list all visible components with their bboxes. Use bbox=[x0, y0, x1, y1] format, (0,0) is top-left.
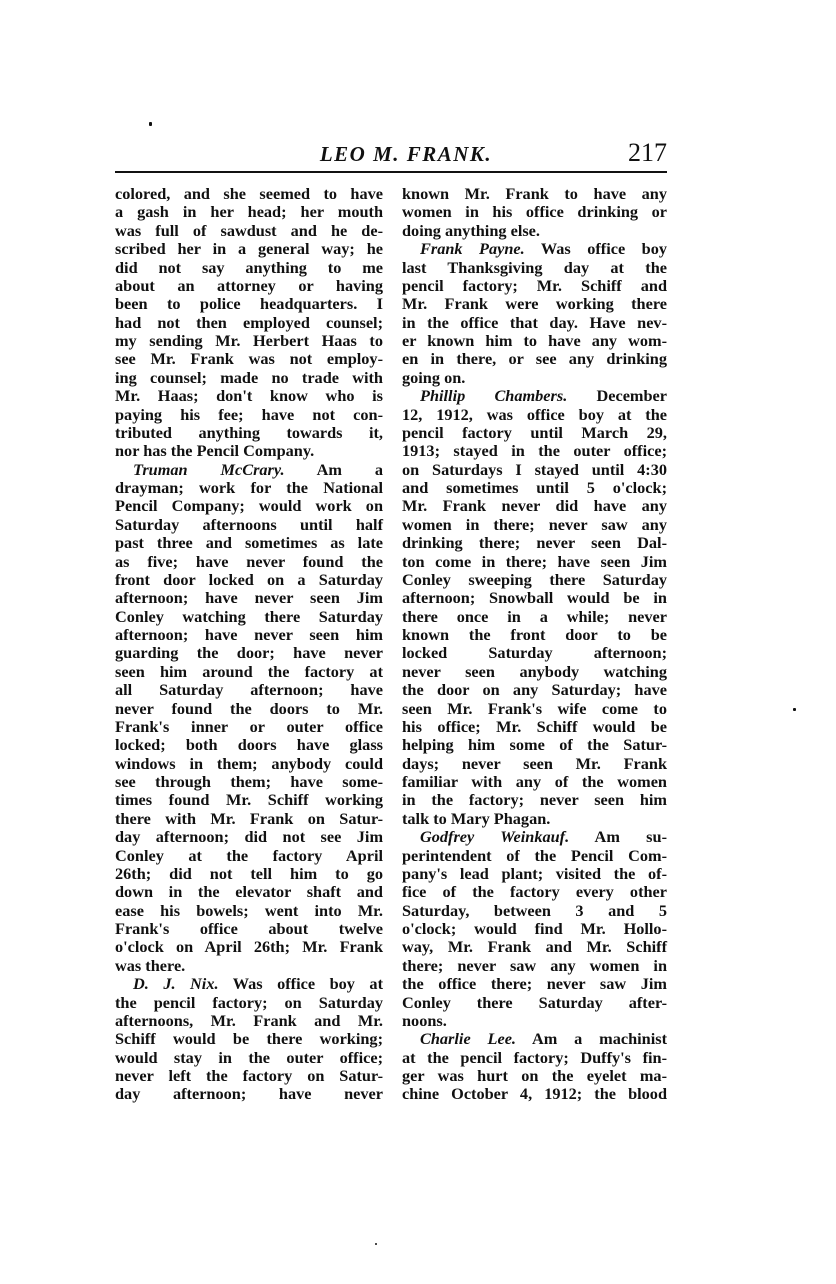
running-head: LEO M. FRANK. 217 bbox=[115, 138, 667, 170]
text-column-right: known Mr. Frank to have anywomen in his … bbox=[402, 185, 667, 1104]
line-text: paying his fee; have not con- bbox=[115, 405, 383, 424]
text-line: did not say anything to me bbox=[115, 259, 383, 277]
text-line: there with Mr. Frank on Satur- bbox=[115, 810, 383, 828]
text-line: women in there; never saw any bbox=[402, 516, 667, 534]
line-text: known Mr. Frank to have any bbox=[402, 184, 667, 203]
text-line: perintendent of the Pencil Com- bbox=[402, 847, 667, 865]
line-text: fice of the factory every other bbox=[402, 882, 667, 901]
text-line: locked; both doors have glass bbox=[115, 736, 383, 754]
text-line: day afternoon; have never bbox=[115, 1085, 383, 1103]
text-line: women in his office drinking or bbox=[402, 203, 667, 221]
text-line: day afternoon; did not see Jim bbox=[115, 828, 383, 846]
text-line: 1913; stayed in the outer office; bbox=[402, 442, 667, 460]
line-text: was full of sawdust and he de- bbox=[115, 221, 383, 240]
text-line: the pencil factory; on Saturday bbox=[115, 994, 383, 1012]
witness-name: Godfrey Weinkauf. bbox=[420, 827, 569, 846]
text-line: Saturday afternoons until half bbox=[115, 516, 383, 534]
line-text: pencil factory until March 29, bbox=[402, 423, 667, 442]
line-text: drinking there; never seen Dal- bbox=[402, 533, 667, 552]
text-line: Pencil Company; would work on bbox=[115, 497, 383, 515]
text-line: guarding the door; have never bbox=[115, 644, 383, 662]
line-text: afternoon; Snowball would be in bbox=[402, 588, 667, 607]
line-text: Schiff would be there working; bbox=[115, 1029, 383, 1048]
scan-speck bbox=[149, 122, 152, 126]
line-text: was there. bbox=[115, 956, 185, 975]
page-number: 217 bbox=[628, 138, 667, 168]
text-line: the office there; never saw Jim bbox=[402, 975, 667, 993]
line-text: pencil factory; Mr. Schiff and bbox=[402, 276, 667, 295]
text-line: never found the doors to Mr. bbox=[115, 700, 383, 718]
line-text: familiar with any of the women bbox=[402, 772, 667, 791]
line-text: a gash in her head; her mouth bbox=[115, 202, 383, 221]
line-text: the door on any Saturday; have bbox=[402, 680, 667, 699]
testimony-entry-start: Frank Payne. Was office boy bbox=[402, 240, 667, 258]
text-line: there once in a while; never bbox=[402, 608, 667, 626]
line-text: in the factory; never seen him bbox=[402, 790, 667, 809]
text-line: 12, 1912, was office boy at the bbox=[402, 406, 667, 424]
line-text: December bbox=[567, 386, 667, 405]
line-text: never left the factory on Satur- bbox=[115, 1066, 383, 1085]
line-text: pany's lead plant; visited the of- bbox=[402, 864, 667, 883]
text-line: was there. bbox=[115, 957, 383, 975]
line-text: known the front door to be bbox=[402, 625, 667, 644]
line-text: all Saturday afternoon; have bbox=[115, 680, 383, 699]
text-line: Mr. Haas; don't know who is bbox=[115, 387, 383, 405]
line-text: on Saturdays I stayed until 4:30 bbox=[402, 460, 667, 479]
witness-name: D. J. Nix. bbox=[133, 974, 219, 993]
line-text: see Mr. Frank was not employ- bbox=[115, 349, 383, 368]
text-line: days; never seen Mr. Frank bbox=[402, 755, 667, 773]
text-line: noons. bbox=[402, 1012, 667, 1030]
line-text: helping him some of the Satur- bbox=[402, 735, 667, 754]
line-text: o'clock on April 26th; Mr. Frank bbox=[115, 937, 383, 956]
line-text: Frank's inner or outer office bbox=[115, 717, 383, 736]
line-text: Conley sweeping there Saturday bbox=[402, 570, 667, 589]
line-text: nor has the Pencil Company. bbox=[115, 441, 314, 460]
line-text: had not then employed counsel; bbox=[115, 313, 383, 332]
line-text: 12, 1912, was office boy at the bbox=[402, 405, 667, 424]
line-text: afternoon; have never seen Jim bbox=[115, 588, 383, 607]
line-text: day afternoon; did not see Jim bbox=[115, 827, 383, 846]
line-text: locked; both doors have glass bbox=[115, 735, 383, 754]
text-line: ton come in there; have seen Jim bbox=[402, 553, 667, 571]
line-text: perintendent of the Pencil Com- bbox=[402, 846, 667, 865]
text-line: drayman; work for the National bbox=[115, 479, 383, 497]
line-text: Pencil Company; would work on bbox=[115, 496, 383, 515]
line-text: locked Saturday afternoon; bbox=[402, 643, 667, 662]
scan-speck bbox=[793, 708, 796, 711]
line-text: ing counsel; made no trade with bbox=[115, 368, 383, 387]
line-text: Was office boy bbox=[525, 239, 667, 258]
text-line: known the front door to be bbox=[402, 626, 667, 644]
text-line: Schiff would be there working; bbox=[115, 1030, 383, 1048]
line-text: guarding the door; have never bbox=[115, 643, 383, 662]
line-text: drayman; work for the National bbox=[115, 478, 383, 497]
text-line: was full of sawdust and he de- bbox=[115, 222, 383, 240]
text-line: Frank's inner or outer office bbox=[115, 718, 383, 736]
text-line: see Mr. Frank was not employ- bbox=[115, 350, 383, 368]
text-line: paying his fee; have not con- bbox=[115, 406, 383, 424]
line-text: and sometimes until 5 o'clock; bbox=[402, 478, 667, 497]
line-text: times found Mr. Schiff working bbox=[115, 790, 383, 809]
header-rule bbox=[115, 171, 667, 173]
line-text: day afternoon; have never bbox=[115, 1084, 383, 1103]
text-line: o'clock on April 26th; Mr. Frank bbox=[115, 938, 383, 956]
testimony-entry-start: Truman McCrary. Am a bbox=[115, 461, 383, 479]
text-line: 26th; did not tell him to go bbox=[115, 865, 383, 883]
line-text: about an attorney or having bbox=[115, 276, 383, 295]
testimony-entry-start: Phillip Chambers. December bbox=[402, 387, 667, 405]
text-line: er known him to have any wom- bbox=[402, 332, 667, 350]
text-line: afternoons, Mr. Frank and Mr. bbox=[115, 1012, 383, 1030]
text-line: Conley sweeping there Saturday bbox=[402, 571, 667, 589]
line-text: chine October 4, 1912; the blood bbox=[402, 1084, 667, 1103]
running-title: LEO M. FRANK. bbox=[115, 142, 667, 167]
text-line: Conley there Saturday after- bbox=[402, 994, 667, 1012]
line-text: been to police headquarters. I bbox=[115, 294, 383, 313]
line-text: did not say anything to me bbox=[115, 258, 383, 277]
line-text: Mr. Frank were working there bbox=[402, 294, 667, 313]
text-line: down in the elevator shaft and bbox=[115, 883, 383, 901]
text-line: see through them; have some- bbox=[115, 773, 383, 791]
line-text: there; never saw any women in bbox=[402, 956, 667, 975]
line-text: ger was hurt on the eyelet ma- bbox=[402, 1066, 667, 1085]
line-text: Saturday, between 3 and 5 bbox=[402, 901, 667, 920]
line-text: Frank's office about twelve bbox=[115, 919, 383, 938]
line-text: women in there; never saw any bbox=[402, 515, 667, 534]
line-text: noons. bbox=[402, 1011, 447, 1030]
line-text: ton come in there; have seen Jim bbox=[402, 552, 667, 571]
line-text: Am a machinist bbox=[516, 1029, 667, 1048]
text-line: afternoon; have never seen Jim bbox=[115, 589, 383, 607]
text-line: on Saturdays I stayed until 4:30 bbox=[402, 461, 667, 479]
line-text: past three and sometimes as late bbox=[115, 533, 383, 552]
text-line: ing counsel; made no trade with bbox=[115, 369, 383, 387]
text-line: tributed anything towards it, bbox=[115, 424, 383, 442]
text-line: ger was hurt on the eyelet ma- bbox=[402, 1067, 667, 1085]
line-text: en in there, or see any drinking bbox=[402, 349, 667, 368]
text-line: the door on any Saturday; have bbox=[402, 681, 667, 699]
text-line: locked Saturday afternoon; bbox=[402, 644, 667, 662]
text-line: Conley at the factory April bbox=[115, 847, 383, 865]
line-text: talk to Mary Phagan. bbox=[402, 809, 550, 828]
line-text: never found the doors to Mr. bbox=[115, 699, 383, 718]
testimony-entry-start: D. J. Nix. Was office boy at bbox=[115, 975, 383, 993]
line-text: Conley at the factory April bbox=[115, 846, 383, 865]
text-line: there; never saw any women in bbox=[402, 957, 667, 975]
text-line: helping him some of the Satur- bbox=[402, 736, 667, 754]
text-line: o'clock; would find Mr. Hollo- bbox=[402, 920, 667, 938]
line-text: as five; have never found the bbox=[115, 552, 383, 571]
line-text: at the pencil factory; Duffy's fin- bbox=[402, 1048, 667, 1067]
line-text: Mr. Haas; don't know who is bbox=[115, 386, 383, 405]
line-text: front door locked on a Saturday bbox=[115, 570, 383, 589]
text-line: pany's lead plant; visited the of- bbox=[402, 865, 667, 883]
line-text: windows in them; anybody could bbox=[115, 754, 383, 773]
text-line: afternoon; have never seen him bbox=[115, 626, 383, 644]
text-line: doing anything else. bbox=[402, 222, 667, 240]
testimony-entry-start: Charlie Lee. Am a machinist bbox=[402, 1030, 667, 1048]
text-line: his office; Mr. Schiff would be bbox=[402, 718, 667, 736]
line-text: there once in a while; never bbox=[402, 607, 667, 626]
line-text: tributed anything towards it, bbox=[115, 423, 383, 442]
text-line: would stay in the outer office; bbox=[115, 1049, 383, 1067]
text-line: never seen anybody watching bbox=[402, 663, 667, 681]
text-line: nor has the Pencil Company. bbox=[115, 442, 383, 460]
text-line: known Mr. Frank to have any bbox=[402, 185, 667, 203]
line-text: in the office that day. Have nev- bbox=[402, 313, 667, 332]
line-text: his office; Mr. Schiff would be bbox=[402, 717, 667, 736]
text-line: going on. bbox=[402, 369, 667, 387]
text-line: a gash in her head; her mouth bbox=[115, 203, 383, 221]
text-line: my sending Mr. Herbert Haas to bbox=[115, 332, 383, 350]
line-text: Conley watching there Saturday bbox=[115, 607, 383, 626]
text-line: at the pencil factory; Duffy's fin- bbox=[402, 1049, 667, 1067]
text-line: fice of the factory every other bbox=[402, 883, 667, 901]
line-text: way, Mr. Frank and Mr. Schiff bbox=[402, 937, 667, 956]
text-line: past three and sometimes as late bbox=[115, 534, 383, 552]
text-line: pencil factory; Mr. Schiff and bbox=[402, 277, 667, 295]
text-line: seen Mr. Frank's wife come to bbox=[402, 700, 667, 718]
line-text: days; never seen Mr. Frank bbox=[402, 754, 667, 773]
text-column-left: colored, and she seemed to havea gash in… bbox=[115, 185, 383, 1104]
text-line: had not then employed counsel; bbox=[115, 314, 383, 332]
text-line: drinking there; never seen Dal- bbox=[402, 534, 667, 552]
line-text: Saturday afternoons until half bbox=[115, 515, 383, 534]
text-line: and sometimes until 5 o'clock; bbox=[402, 479, 667, 497]
line-text: the pencil factory; on Saturday bbox=[115, 993, 383, 1012]
line-text: ease his bowels; went into Mr. bbox=[115, 901, 383, 920]
text-line: ease his bowels; went into Mr. bbox=[115, 902, 383, 920]
line-text: Was office boy at bbox=[219, 974, 383, 993]
line-text: never seen anybody watching bbox=[402, 662, 667, 681]
line-text: seen Mr. Frank's wife come to bbox=[402, 699, 667, 718]
book-page: LEO M. FRANK. 217 colored, and she seeme… bbox=[0, 0, 836, 1284]
testimony-entry-start: Godfrey Weinkauf. Am su- bbox=[402, 828, 667, 846]
text-line: windows in them; anybody could bbox=[115, 755, 383, 773]
text-line: all Saturday afternoon; have bbox=[115, 681, 383, 699]
text-line: scribed her in a general way; he bbox=[115, 240, 383, 258]
text-line: about an attorney or having bbox=[115, 277, 383, 295]
witness-name: Phillip Chambers. bbox=[420, 386, 567, 405]
line-text: er known him to have any wom- bbox=[402, 331, 667, 350]
text-line: front door locked on a Saturday bbox=[115, 571, 383, 589]
text-line: Frank's office about twelve bbox=[115, 920, 383, 938]
line-text: o'clock; would find Mr. Hollo- bbox=[402, 919, 667, 938]
line-text: there with Mr. Frank on Satur- bbox=[115, 809, 383, 828]
line-text: afternoons, Mr. Frank and Mr. bbox=[115, 1011, 383, 1030]
text-line: talk to Mary Phagan. bbox=[402, 810, 667, 828]
text-line: times found Mr. Schiff working bbox=[115, 791, 383, 809]
text-line: in the factory; never seen him bbox=[402, 791, 667, 809]
text-line: en in there, or see any drinking bbox=[402, 350, 667, 368]
line-text: doing anything else. bbox=[402, 221, 540, 240]
line-text: 1913; stayed in the outer office; bbox=[402, 441, 667, 460]
line-text: Am su- bbox=[569, 827, 667, 846]
text-line: Saturday, between 3 and 5 bbox=[402, 902, 667, 920]
scan-speck bbox=[375, 1243, 377, 1245]
witness-name: Truman McCrary. bbox=[133, 460, 285, 479]
text-line: Conley watching there Saturday bbox=[115, 608, 383, 626]
witness-name: Charlie Lee. bbox=[420, 1029, 516, 1048]
text-line: last Thanksgiving day at the bbox=[402, 259, 667, 277]
line-text: last Thanksgiving day at the bbox=[402, 258, 667, 277]
line-text: women in his office drinking or bbox=[402, 202, 667, 221]
text-line: Mr. Frank never did have any bbox=[402, 497, 667, 515]
text-line: chine October 4, 1912; the blood bbox=[402, 1085, 667, 1103]
line-text: would stay in the outer office; bbox=[115, 1048, 383, 1067]
text-line: way, Mr. Frank and Mr. Schiff bbox=[402, 938, 667, 956]
text-line: never left the factory on Satur- bbox=[115, 1067, 383, 1085]
line-text: colored, and she seemed to have bbox=[115, 184, 383, 203]
text-line: Mr. Frank were working there bbox=[402, 295, 667, 313]
text-line: afternoon; Snowball would be in bbox=[402, 589, 667, 607]
line-text: afternoon; have never seen him bbox=[115, 625, 383, 644]
line-text: Am a bbox=[285, 460, 383, 479]
text-line: familiar with any of the women bbox=[402, 773, 667, 791]
text-line: in the office that day. Have nev- bbox=[402, 314, 667, 332]
line-text: 26th; did not tell him to go bbox=[115, 864, 383, 883]
line-text: going on. bbox=[402, 368, 465, 387]
witness-name: Frank Payne. bbox=[420, 239, 525, 258]
text-line: colored, and she seemed to have bbox=[115, 185, 383, 203]
text-line: seen him around the factory at bbox=[115, 663, 383, 681]
line-text: Mr. Frank never did have any bbox=[402, 496, 667, 515]
line-text: down in the elevator shaft and bbox=[115, 882, 383, 901]
line-text: seen him around the factory at bbox=[115, 662, 383, 681]
line-text: Conley there Saturday after- bbox=[402, 993, 667, 1012]
text-line: been to police headquarters. I bbox=[115, 295, 383, 313]
line-text: my sending Mr. Herbert Haas to bbox=[115, 331, 383, 350]
text-line: pencil factory until March 29, bbox=[402, 424, 667, 442]
line-text: the office there; never saw Jim bbox=[402, 974, 667, 993]
line-text: scribed her in a general way; he bbox=[115, 239, 383, 258]
line-text: see through them; have some- bbox=[115, 772, 383, 791]
text-line: as five; have never found the bbox=[115, 553, 383, 571]
